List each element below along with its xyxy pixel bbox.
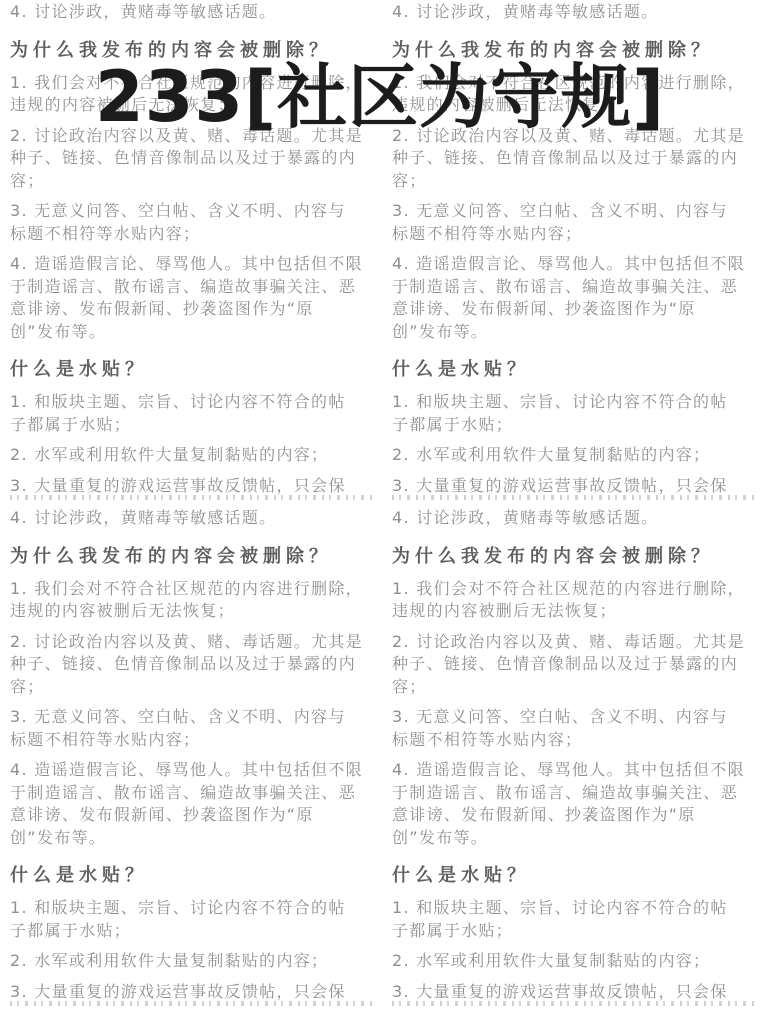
- rules-heading: 为什么我发布的内容会被删除？: [10, 544, 374, 569]
- rules-paragraph: 3. 大量重复的游戏运营事故反馈帖，只会保: [10, 981, 374, 1004]
- rules-text-block: 4. 讨论涉政，黄赌毒等敏感话题。为什么我发布的内容会被删除？1. 我们会对不符…: [392, 507, 757, 1003]
- rules-page: 4. 讨论涉政，黄赌毒等敏感话题。为什么我发布的内容会被删除？1. 我们会对不符…: [0, 0, 765, 1020]
- rules-paragraph: 3. 大量重复的游戏运营事故反馈帖，只会保: [392, 475, 757, 498]
- rules-text-tile: 4. 讨论涉政，黄赌毒等敏感话题。为什么我发布的内容会被删除？1. 我们会对不符…: [382, 506, 765, 1012]
- clipped-line-remnant: [10, 495, 376, 500]
- rules-paragraph: 3. 大量重复的游戏运营事故反馈帖，只会保: [10, 475, 374, 498]
- rules-paragraph: 4. 讨论涉政，黄赌毒等敏感话题。: [392, 507, 757, 530]
- rules-heading: 为什么我发布的内容会被删除？: [10, 38, 374, 63]
- rules-paragraph: 4. 讨论涉政，黄赌毒等敏感话题。: [10, 507, 374, 530]
- clipped-line-remnant: [392, 495, 759, 500]
- rules-heading: 什么是水贴？: [392, 863, 757, 888]
- rules-paragraph: 1. 和版块主题、宗旨、讨论内容不符合的帖 子都属于水贴；: [10, 897, 374, 942]
- rules-paragraph: 1. 和版块主题、宗旨、讨论内容不符合的帖 子都属于水贴；: [10, 391, 374, 436]
- rules-paragraph: 2. 水军或利用软件大量复制黏贴的内容；: [392, 950, 757, 973]
- rules-paragraph: 2. 讨论政治内容以及黄、赌、毒话题。尤其是 种子、链接、色情音像制品以及过于暴…: [10, 125, 374, 193]
- rules-paragraph: 2. 讨论政治内容以及黄、赌、毒话题。尤其是 种子、链接、色情音像制品以及过于暴…: [10, 631, 374, 699]
- rules-heading: 什么是水贴？: [10, 863, 374, 888]
- tiled-content-grid: 4. 讨论涉政，黄赌毒等敏感话题。为什么我发布的内容会被删除？1. 我们会对不符…: [0, 0, 765, 1012]
- rules-paragraph: 2. 水军或利用软件大量复制黏贴的内容；: [392, 444, 757, 467]
- rules-paragraph: 4. 造谣造假言论、辱骂他人。其中包括但不限 于制造谣言、散布谣言、编造故事骗关…: [10, 759, 374, 849]
- rules-paragraph: 2. 讨论政治内容以及黄、赌、毒话题。尤其是 种子、链接、色情音像制品以及过于暴…: [392, 631, 757, 699]
- rules-paragraph: 3. 无意义问答、空白帖、含义不明、内容与 标题不相符等水贴内容；: [392, 200, 757, 245]
- rules-paragraph: 1. 和版块主题、宗旨、讨论内容不符合的帖 子都属于水贴；: [392, 897, 757, 942]
- rules-paragraph: 1. 我们会对不符合社区规范的内容进行删除， 违规的内容被删后无法恢复；: [10, 72, 374, 117]
- rules-heading: 什么是水贴？: [10, 357, 374, 382]
- clipped-line-remnant: [10, 1001, 376, 1006]
- rules-text-tile: 4. 讨论涉政，黄赌毒等敏感话题。为什么我发布的内容会被删除？1. 我们会对不符…: [382, 0, 765, 506]
- rules-paragraph: 4. 讨论涉政，黄赌毒等敏感话题。: [392, 1, 757, 24]
- rules-paragraph: 2. 讨论政治内容以及黄、赌、毒话题。尤其是 种子、链接、色情音像制品以及过于暴…: [392, 125, 757, 193]
- rules-heading: 为什么我发布的内容会被删除？: [392, 38, 757, 63]
- rules-paragraph: 1. 我们会对不符合社区规范的内容进行删除， 违规的内容被删后无法恢复；: [10, 578, 374, 623]
- rules-paragraph: 3. 无意义问答、空白帖、含义不明、内容与 标题不相符等水贴内容；: [10, 200, 374, 245]
- rules-paragraph: 3. 大量重复的游戏运营事故反馈帖，只会保: [392, 981, 757, 1004]
- clipped-line-remnant: [392, 1001, 759, 1006]
- rules-heading: 什么是水贴？: [392, 357, 757, 382]
- rules-text-block: 4. 讨论涉政，黄赌毒等敏感话题。为什么我发布的内容会被删除？1. 我们会对不符…: [10, 1, 374, 497]
- rules-paragraph: 1. 我们会对不符合社区规范的内容进行删除， 违规的内容被删后无法恢复；: [392, 578, 757, 623]
- rules-text-block: 4. 讨论涉政，黄赌毒等敏感话题。为什么我发布的内容会被删除？1. 我们会对不符…: [392, 1, 757, 497]
- rules-text-tile: 4. 讨论涉政，黄赌毒等敏感话题。为什么我发布的内容会被删除？1. 我们会对不符…: [0, 506, 382, 1012]
- rules-paragraph: 1. 我们会对不符合社区规范的内容进行删除， 违规的内容被删后无法恢复；: [392, 72, 757, 117]
- rules-paragraph: 1. 和版块主题、宗旨、讨论内容不符合的帖 子都属于水贴；: [392, 391, 757, 436]
- rules-paragraph: 3. 无意义问答、空白帖、含义不明、内容与 标题不相符等水贴内容；: [392, 706, 757, 751]
- rules-heading: 为什么我发布的内容会被删除？: [392, 544, 757, 569]
- rules-text-block: 4. 讨论涉政，黄赌毒等敏感话题。为什么我发布的内容会被删除？1. 我们会对不符…: [10, 507, 374, 1003]
- rules-paragraph: 2. 水军或利用软件大量复制黏贴的内容；: [10, 444, 374, 467]
- rules-paragraph: 4. 造谣造假言论、辱骂他人。其中包括但不限 于制造谣言、散布谣言、编造故事骗关…: [392, 759, 757, 849]
- rules-paragraph: 3. 无意义问答、空白帖、含义不明、内容与 标题不相符等水贴内容；: [10, 706, 374, 751]
- rules-paragraph: 4. 造谣造假言论、辱骂他人。其中包括但不限 于制造谣言、散布谣言、编造故事骗关…: [10, 253, 374, 343]
- rules-paragraph: 4. 造谣造假言论、辱骂他人。其中包括但不限 于制造谣言、散布谣言、编造故事骗关…: [392, 253, 757, 343]
- rules-paragraph: 2. 水军或利用软件大量复制黏贴的内容；: [10, 950, 374, 973]
- rules-text-tile: 4. 讨论涉政，黄赌毒等敏感话题。为什么我发布的内容会被删除？1. 我们会对不符…: [0, 0, 382, 506]
- rules-paragraph: 4. 讨论涉政，黄赌毒等敏感话题。: [10, 1, 374, 24]
